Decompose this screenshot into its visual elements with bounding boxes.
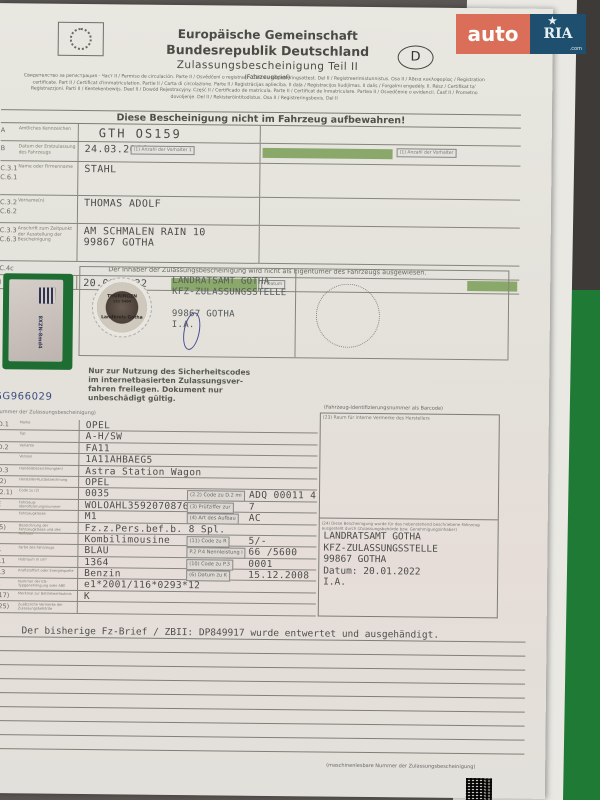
field-code: P.1 <box>0 556 16 567</box>
holder-right <box>261 126 521 146</box>
sub-field-value: 7 <box>249 502 255 513</box>
field-code: (25) <box>0 601 16 612</box>
eu-flag-icon <box>58 22 104 56</box>
field-value: M1 <box>79 511 97 522</box>
field-code <box>0 533 17 544</box>
holder-left: C.3.1 C.6.1Name oder FirmennameSTAHL <box>0 161 260 197</box>
qr-code-icon <box>39 288 55 304</box>
holder-right <box>259 226 519 266</box>
sub-field-value: 66 /5600 <box>248 547 297 559</box>
field-label: Fahrzeug-Identifizierungsnummer <box>17 499 79 510</box>
sub-field-value: 15.12.2008 <box>248 570 309 582</box>
holder-left: C.3.3 C.6.3Anschrift zum Zeitpunkt der A… <box>0 223 260 263</box>
holder-row: C.3.3 C.6.3Anschrift zum Zeitpunkt der A… <box>0 223 520 266</box>
field-24-issuer: (24) Diese Bescheinigung wurde für das n… <box>318 519 499 619</box>
field-code <box>0 431 18 442</box>
authority-line: KFZ-ZULASSUNGSSTELLE <box>172 287 286 299</box>
seal-sub-text: 151 5404 <box>113 299 131 303</box>
header-line3: Zulassungsbescheinigung Teil II <box>147 59 387 74</box>
field-label: Merkmal zur Betriebserlaubnis <box>16 590 78 601</box>
field-label: Farbe des Fahrzeugs <box>16 545 78 556</box>
registration-certificate: Europäische Gemeinschaft Bundesrepublik … <box>0 3 553 799</box>
field-code: K <box>0 579 16 590</box>
field-code: C.3.2 C.6.2 <box>0 195 16 222</box>
sub-field-value: 0001 <box>248 558 273 569</box>
field-code: E <box>0 499 17 510</box>
field-value <box>78 602 84 612</box>
field-label: Amtliches Kennzeichen <box>17 123 79 141</box>
vin-barcode-label: (Fahrzeug-Identifizierungsnummer als Bar… <box>324 405 443 412</box>
holder-left: AAmtliches KennzeichenGTH OS159 <box>1 123 261 143</box>
field-label: Code zu (2) <box>17 488 79 499</box>
machine-readable-label: (maschinenlesbare Nummer der Zulassungsb… <box>326 763 475 771</box>
field-label: Zusätzliche Vermerke der Zulassungsbehör… <box>16 602 78 613</box>
official-seal-icon: THÜRINGEN 151 5404 Landkreis Gotha <box>92 277 153 338</box>
security-code-sticker: 8XZN-8md4 <box>2 273 73 370</box>
field-label: Hersteller-Kurzbezeichnung <box>17 476 79 487</box>
document-header: Europäische Gemeinschaft Bundesrepublik … <box>147 27 388 83</box>
green-bar <box>263 148 393 159</box>
field-value: 1A11AHBAEG5 <box>79 454 152 465</box>
field-value: A-H/SW <box>80 431 123 442</box>
prior-owners-box: (1) Anzahl der Vorhalter <box>397 148 457 158</box>
autoria-watermark: auto ★ RIA .com <box>456 14 586 54</box>
field-label: Variante <box>17 442 79 453</box>
field-value: THOMAS ADOLF <box>78 196 161 224</box>
field-label: Version <box>17 454 79 465</box>
holder-right <box>260 164 520 200</box>
star-icon: ★ <box>548 16 557 27</box>
field-code: D.3 <box>0 465 17 476</box>
field-value: Kombilimousine <box>78 534 170 545</box>
field-value: 1364 <box>78 557 109 568</box>
seal-bottom-text: Landkreis Gotha <box>101 315 143 320</box>
field-label: Handelsbezeichnung(en) <box>17 465 79 476</box>
field-value: STAHL <box>78 162 116 195</box>
field-value: AM SCHMALEN RAIN 1099867 GOTHA <box>77 224 205 262</box>
document-number-label: (Nummer der Zulassungsbescheinigung) <box>0 409 96 416</box>
sub-field-value: AC <box>249 513 261 524</box>
field-code: R <box>0 544 16 555</box>
field-value: 0035 <box>79 488 110 499</box>
field-label: Kraftstoffart oder Energiequelle <box>16 567 78 578</box>
field-label: Fahrzeugklasse <box>17 510 79 521</box>
field-code: (5) <box>0 522 17 533</box>
field-label: Anschrift zum Zeitpunkt der Ausstellung … <box>15 223 77 261</box>
vehicle-section: D.1MarkeOPELTypA-H/SWD.2VarianteFA11Vers… <box>0 419 318 616</box>
holder-right: (1) Anzahl der Vorhalter <box>260 144 520 166</box>
holder-left: BDatum der Erstzulassung des Fahrzeugs24… <box>1 141 261 163</box>
field-label: Typ <box>18 431 80 442</box>
field-value: Fz.z.Pers.bef.b. 8 Spl. <box>79 523 226 535</box>
field-label: Marke <box>18 419 80 430</box>
field-value: WOLOAHL3592070876 <box>79 500 189 512</box>
sub-field-value: ADQ 00011 4 <box>249 490 316 502</box>
field-value: OPEL <box>79 477 110 488</box>
field-label <box>16 533 78 544</box>
prior-owners-box: (1) Anzahl der Vorhalter 1 <box>131 146 195 156</box>
field-code <box>0 453 17 464</box>
field-value: BLAU <box>78 545 109 556</box>
field-label: Nummer der EG-Typgenehmigung oder ABE <box>16 579 78 590</box>
field-code: C.3.1 C.6.1 <box>0 161 16 194</box>
security-code: 8XZN-8md4 <box>37 316 43 349</box>
field-code: D.1 <box>0 419 18 430</box>
watermark-auto: auto <box>456 14 530 54</box>
country-code-oval: D <box>397 45 433 69</box>
field-value: Astra Station Wagon <box>79 466 201 478</box>
sub-field-value: 5/- <box>248 536 266 547</box>
multilingual-title: Свидетелство за регистрация - Част II / … <box>19 73 489 104</box>
field-24-issuer-text: LANDRATSAMT GOTHA KFZ-ZULASSUNGSSTELLE 9… <box>323 531 438 590</box>
field-code: J <box>0 510 17 521</box>
field-23-manufacturer-notes: (23) Raum für interne Vermerke des Herst… <box>319 413 500 521</box>
field-value: GTH OS159 <box>79 124 182 142</box>
field-code: (17) <box>0 590 16 601</box>
field-label: Name oder Firmenname <box>16 161 78 195</box>
field-code: P.3 <box>0 567 16 578</box>
field-value: FA11 <box>79 443 110 454</box>
watermark-ria-text: RIA <box>543 26 572 42</box>
field-code: (2) <box>0 476 17 487</box>
field-code: A <box>1 123 17 140</box>
watermark-ria: ★ RIA .com <box>530 14 586 54</box>
holder-right <box>260 198 520 228</box>
watermark-com: .com <box>570 46 582 52</box>
stamp-placeholder-circle <box>316 283 381 348</box>
note-line: unbeschädigt gültig. <box>88 393 250 404</box>
field-value: K <box>78 591 90 602</box>
field-value: e1*2001/116*0293*12 <box>78 579 200 591</box>
document-number: GG966029 <box>0 391 53 403</box>
holder-left: C.3.2 C.6.2Vorname(n)THOMAS ADOLF <box>0 195 260 225</box>
field-label: Hubraum in cm³ <box>16 556 78 567</box>
holder-row: C.3.1 C.6.1Name oder FirmennameSTAHL <box>0 161 520 200</box>
field-value: OPEL <box>80 420 111 431</box>
field-code: C.3.3 C.6.3 <box>0 223 16 260</box>
header-line1: Europäische Gemeinschaft <box>148 27 388 44</box>
field-23-label: (23) Raum für interne Vermerke des Herst… <box>323 416 430 422</box>
field-code: (2.1) <box>0 487 17 498</box>
authority-box: THÜRINGEN 151 5404 Landkreis Gotha LANDR… <box>78 266 509 360</box>
header-line2: Bundesrepublik Deutschland <box>148 42 388 60</box>
field-label: Datum der Erstzulassung des Fahrzeugs <box>17 141 79 161</box>
datamatrix-code-icon <box>466 778 492 800</box>
vehicle-row: (25)Zusätzliche Vermerke der Zulassungsb… <box>0 601 316 616</box>
field-code: B <box>1 141 17 160</box>
field-label: Vorname(n) <box>16 195 78 223</box>
value-line: 99867 GOTHA <box>84 237 206 249</box>
security-note: Nur zur Nutzung des Sicherheitscodesim i… <box>88 366 250 404</box>
remarks-section: Der bisherige Fz-Brief / ZBII: DP849917 … <box>0 625 526 755</box>
field-value: Benzin <box>78 568 121 579</box>
field-code: D.2 <box>0 442 18 453</box>
field-label: Bezeichnung der Fahrzeugklasse und des A… <box>17 522 79 533</box>
